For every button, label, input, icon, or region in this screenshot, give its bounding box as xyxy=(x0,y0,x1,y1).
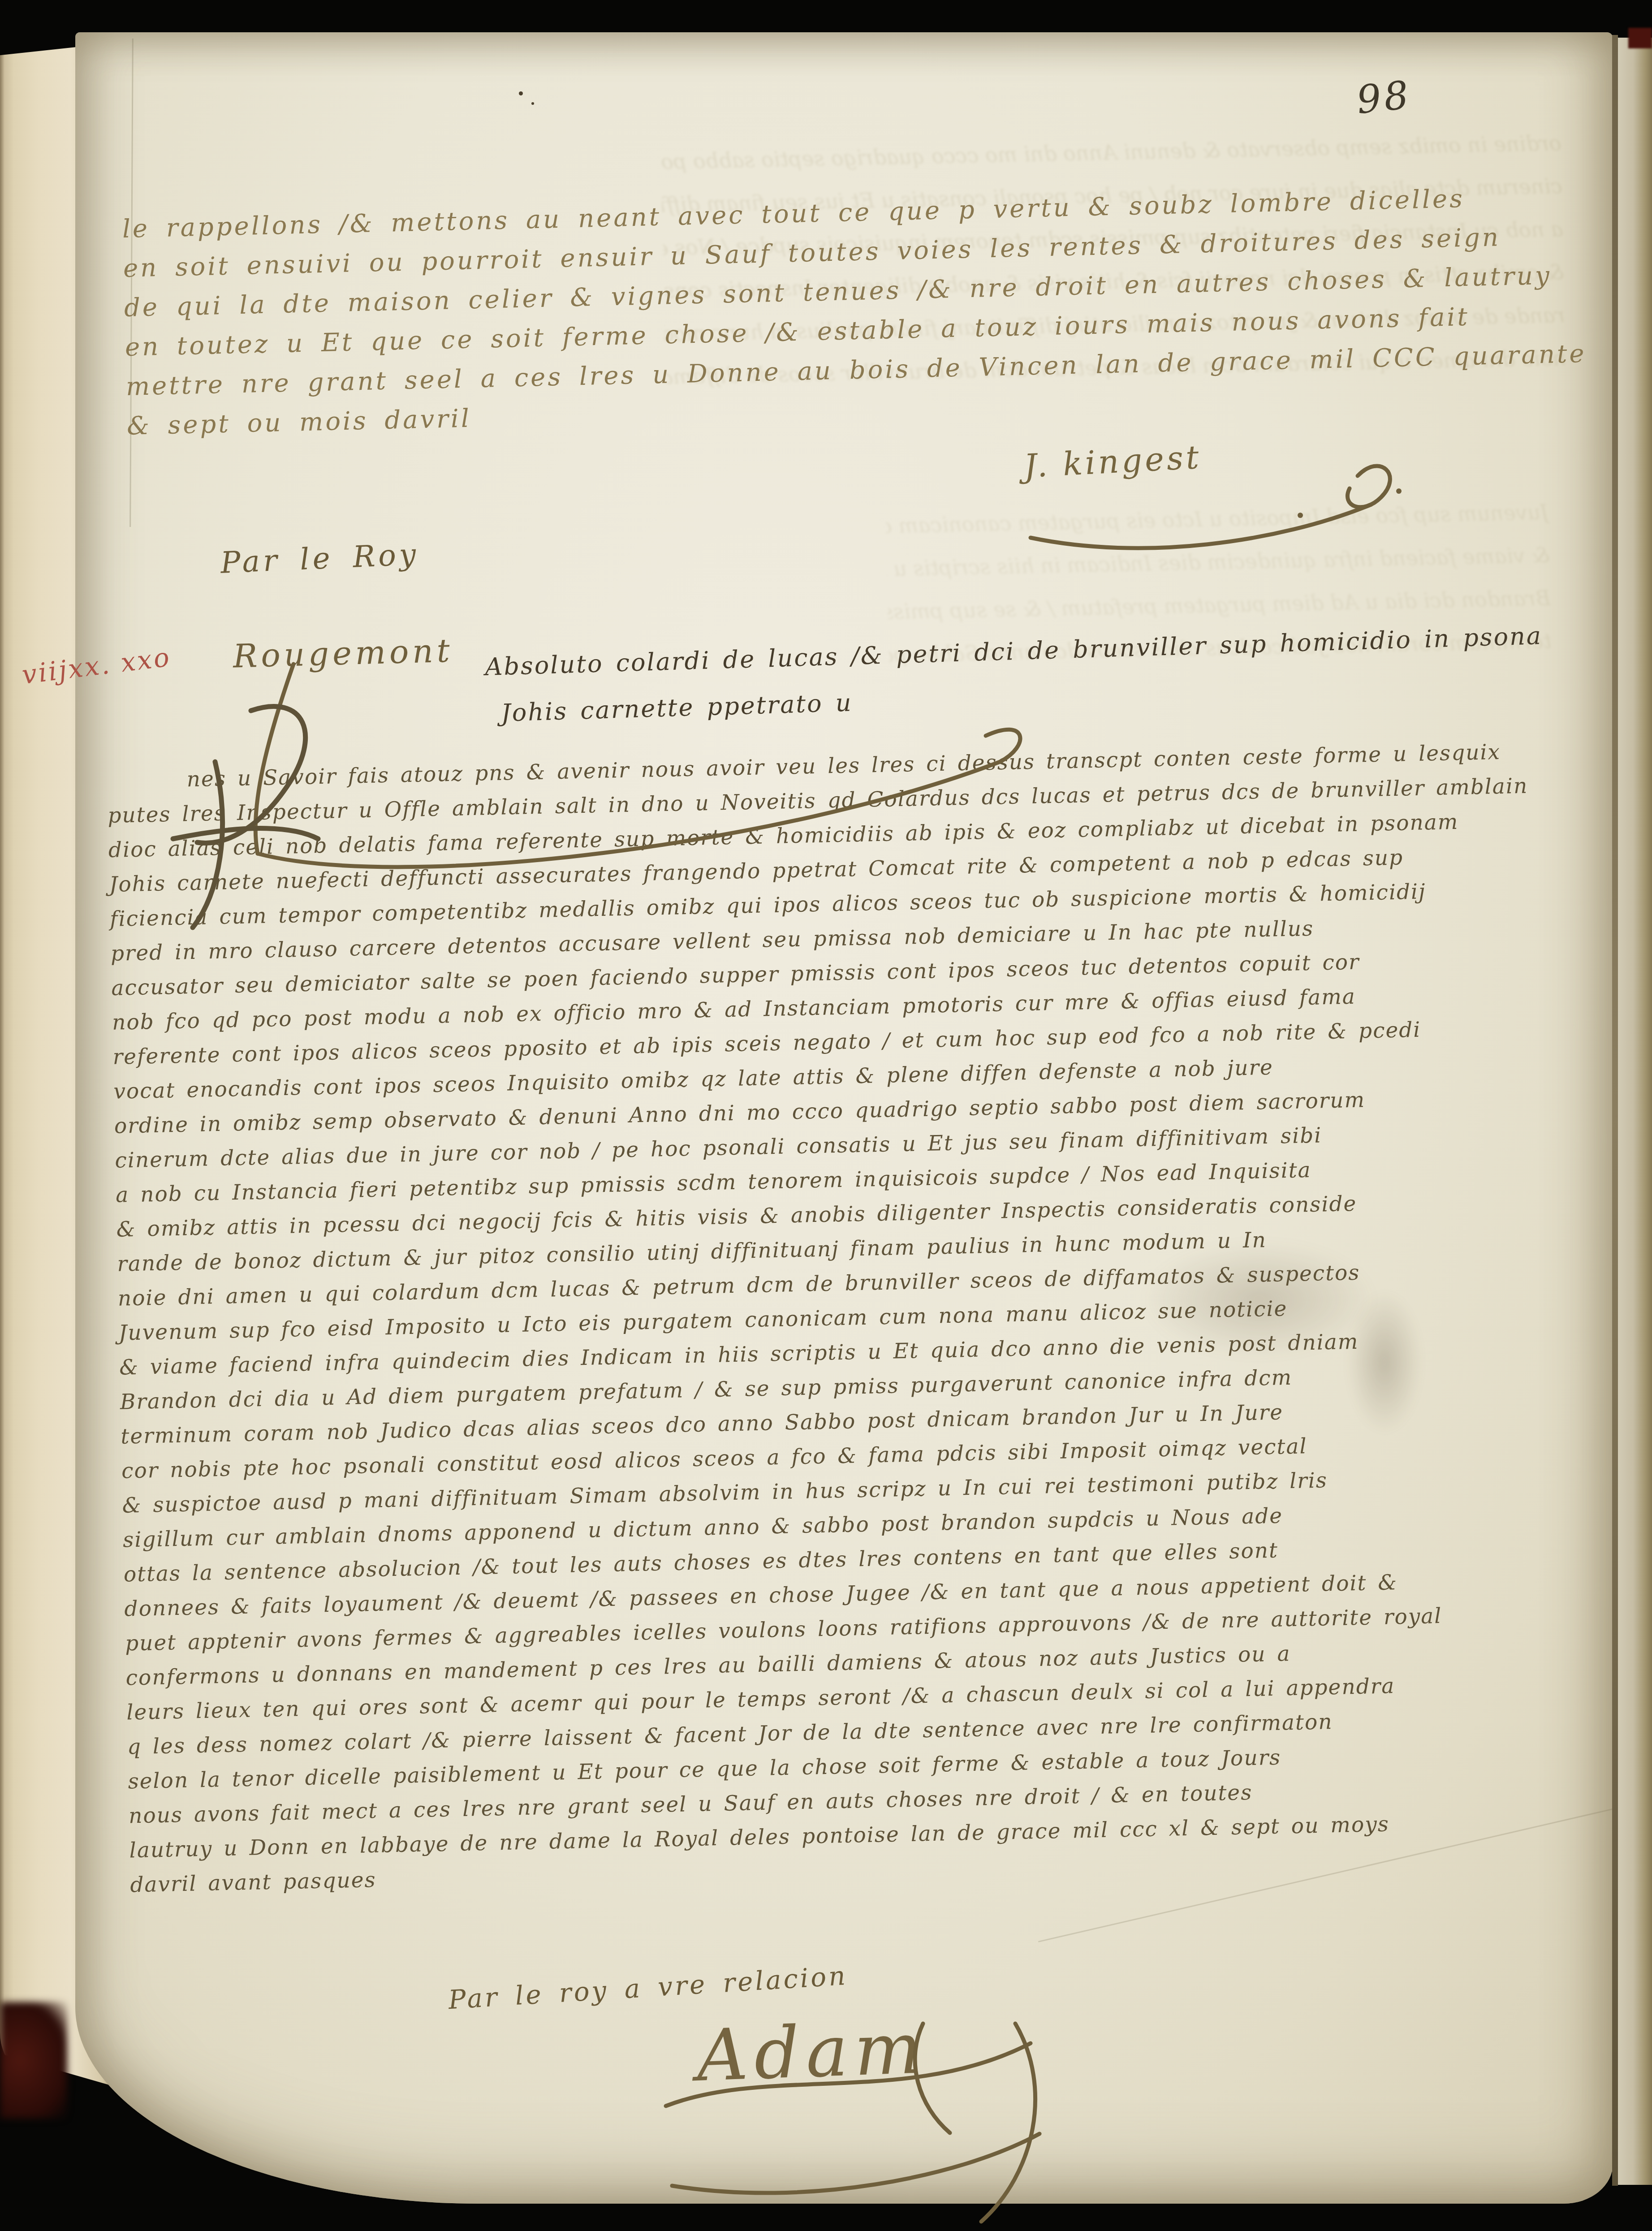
ink-fleck xyxy=(531,102,534,105)
manuscript-photo: ordine in omibz semp observato & denuni … xyxy=(0,0,1652,2231)
folio-number: 98 xyxy=(1354,73,1413,123)
chancery-signature-rougemont: Rougemont xyxy=(233,632,454,675)
ink-fleck xyxy=(519,91,523,95)
royal-letters-close-paragraph: le rappellons /& mettons au neant avec t… xyxy=(122,177,1587,446)
clerk-signature-adam: Adam xyxy=(695,2007,929,2097)
entry-body-text: nes u Savoir fais atouz pns & avenir nou… xyxy=(107,734,1551,1903)
page-edge-seam xyxy=(1612,35,1618,2186)
binding-maroon-sliver xyxy=(0,2002,67,2119)
binding-maroon-corner xyxy=(1628,28,1652,48)
underlying-leaf-edge xyxy=(1618,38,1652,2185)
